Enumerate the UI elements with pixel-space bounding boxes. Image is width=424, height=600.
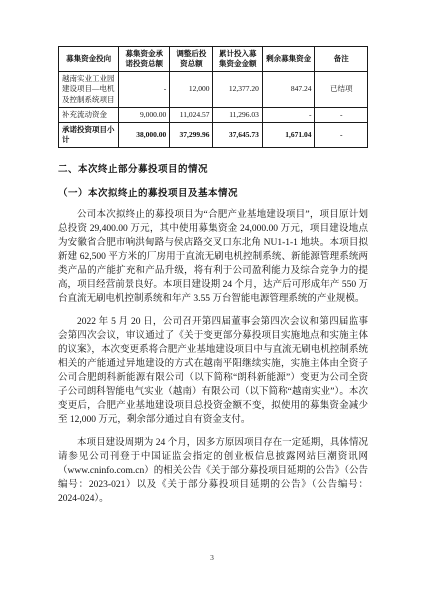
cell-committed-total: - [119, 72, 170, 107]
cell-adjusted-total: 11,024.57 [170, 107, 213, 122]
table-row-working-capital: 补充流动资金 9,000.00 11,024.57 11,296.03 - - [59, 107, 368, 122]
page-number: 3 [0, 553, 424, 562]
header-remaining-funds: 剩余募集资金 [262, 47, 315, 72]
cell-committed-total: 38,000.00 [119, 122, 170, 147]
header-remark: 备注 [315, 47, 368, 72]
cell-project-name: 补充流动资金 [59, 107, 119, 122]
header-accumulated-input: 累计投入募集资金金额 [213, 47, 262, 72]
document-page: 募集资金投向 募集资金承诺投资总额 调整后投资总额 累计投入募集资金金额 剩余募… [0, 0, 424, 600]
cell-accumulated-input: 12,377.20 [213, 72, 262, 107]
subsection-heading-basic-situation: （一）本次拟终止的募投项目及基本情况 [58, 185, 368, 199]
cell-accumulated-input: 37,645.73 [213, 122, 262, 147]
cell-remark: - [315, 122, 368, 147]
table-row-subtotal: 承诺投资项目小计 38,000.00 37,299.96 37,645.73 1… [59, 122, 368, 147]
paragraph-change-resolution: 2022 年 5 月 20 日，公司召开第四届董事会第四次会议和第四届监事会第四… [58, 315, 368, 427]
cell-remark: 已结项 [315, 72, 368, 107]
cell-subtotal-label: 承诺投资项目小计 [59, 122, 119, 147]
section-heading-terminated-projects: 二、本次终止部分募投项目的情况 [58, 161, 368, 175]
paragraph-project-overview: 公司本次拟终止的募投项目为“合肥产业基地建设项目”，项目原计划总投资 29,40… [58, 208, 368, 306]
page-content: 募集资金投向 募集资金承诺投资总额 调整后投资总额 累计投入募集资金金额 剩余募… [0, 0, 424, 506]
header-adjusted-total: 调整后投资总额 [170, 47, 213, 72]
cell-committed-total: 9,000.00 [119, 107, 170, 122]
header-committed-total: 募集资金承诺投资总额 [119, 47, 170, 72]
table-header-row: 募集资金投向 募集资金承诺投资总额 调整后投资总额 累计投入募集资金金额 剩余募… [59, 47, 368, 72]
header-fund-direction: 募集资金投向 [59, 47, 119, 72]
cell-remark: - [315, 107, 368, 122]
cell-remaining-funds: - [262, 107, 315, 122]
cell-remaining-funds: 847.24 [262, 72, 315, 107]
cell-project-name: 越南实业工业园建设项目—电机及控制系统项目 [59, 72, 119, 107]
raised-funds-usage-table: 募集资金投向 募集资金承诺投资总额 调整后投资总额 累计投入募集资金金额 剩余募… [58, 46, 368, 148]
table-row-vietnam-project: 越南实业工业园建设项目—电机及控制系统项目 - 12,000 12,377.20… [59, 72, 368, 107]
cell-accumulated-input: 11,296.03 [213, 107, 262, 122]
paragraph-delay-announcement: 本项目建设周期为 24 个月，因多方原因项目存在一定延期，具体情况请参见公司刊登… [58, 436, 368, 506]
cell-adjusted-total: 12,000 [170, 72, 213, 107]
cell-adjusted-total: 37,299.96 [170, 122, 213, 147]
cell-remaining-funds: 1,671.04 [262, 122, 315, 147]
